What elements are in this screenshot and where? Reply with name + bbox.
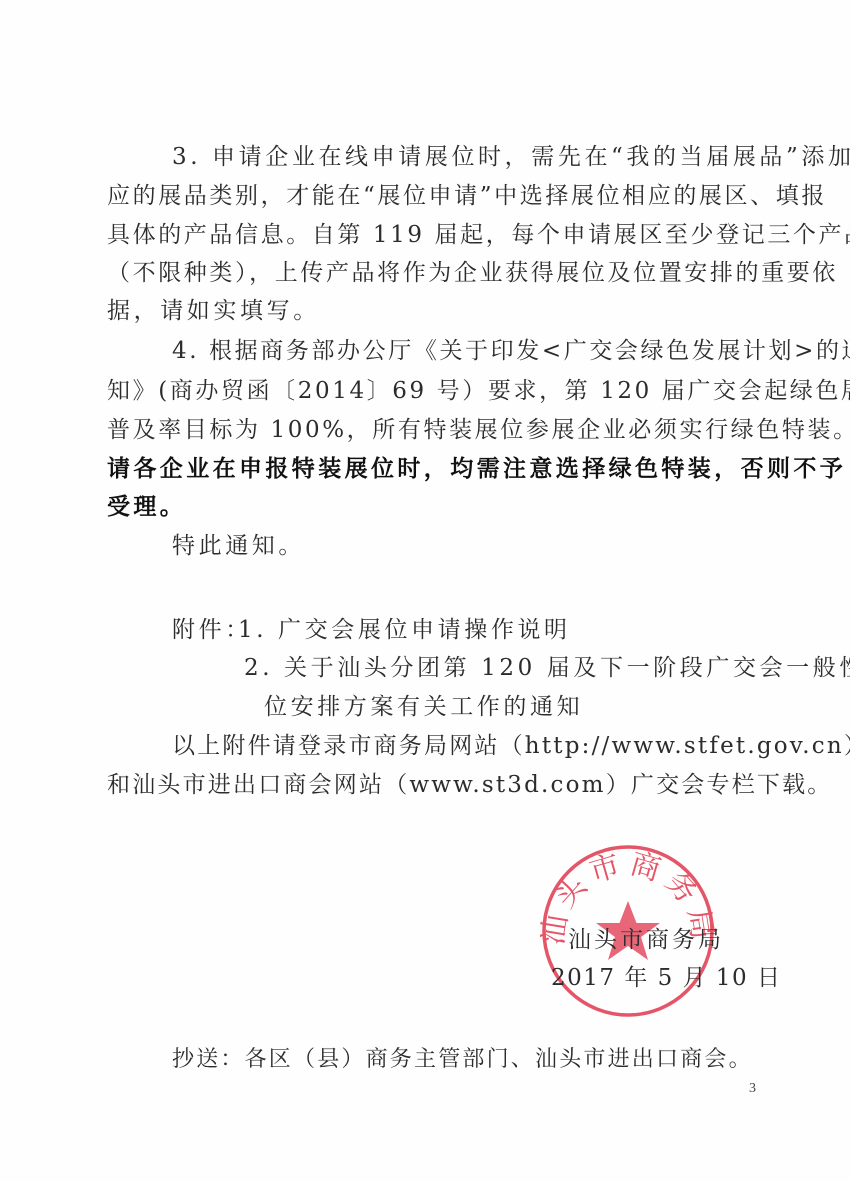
attachment-item-1: 1. 广交会展位申请操作说明 — [238, 616, 571, 644]
item4-line-2: 知》(商办贸函〔2014〕69 号）要求，第 120 届广交会起绿色展位 — [107, 377, 850, 405]
cc-line: 抄送：各区（县）商务主管部门、汕头市进出口商会。 — [172, 1046, 753, 1074]
attachment-item-2-cont: 位安排方案有关工作的通知 — [264, 693, 583, 721]
item4-bold-line-1: 请各企业在申报特装展位时，均需注意选择绿色特装，否则不予 — [107, 455, 846, 483]
issuer-name: 汕头市商务局 — [568, 926, 724, 954]
download-note-line-1: 以上附件请登录市商务局网站（http://www.stfet.gov.cn） — [172, 732, 850, 760]
item4-line-3: 普及率目标为 100%，所有特装展位参展企业必须实行绿色特装。 — [107, 416, 850, 444]
closing-text: 特此通知。 — [172, 532, 305, 560]
item3-line-5: 据，请如实填写。 — [107, 297, 320, 325]
page-number: 3 — [749, 1081, 756, 1097]
item3-line-4: （不限种类），上传产品将作为企业获得展位及位置安排的重要依 — [107, 259, 838, 287]
item4-line-1: 4. 根据商务部办公厅《关于印发<广交会绿色发展计划>的通 — [172, 337, 850, 365]
item3-line-2: 应的展品类别，才能在“展位申请”中选择展位相应的展区、填报 — [107, 182, 827, 210]
document-page: 3. 申请企业在线申请展位时，需先在“我的当届展品”添加相 应的展品类别，才能在… — [0, 0, 850, 1182]
attachment-item-2: 2. 关于汕头分团第 120 届及下一阶段广交会一般性展 — [244, 654, 850, 682]
issue-date: 2017 年 5 月 10 日 — [551, 964, 782, 992]
item3-line-3: 具体的产品信息。自第 119 届起，每个申请展区至少登记三个产品 — [107, 221, 850, 249]
download-note-line-2: 和汕头市进出口商会网站（www.st3d.com）广交会专栏下载。 — [107, 771, 833, 799]
item4-bold-line-2: 受理。 — [107, 493, 186, 521]
item3-line-1: 3. 申请企业在线申请展位时，需先在“我的当届展品”添加相 — [172, 143, 850, 171]
